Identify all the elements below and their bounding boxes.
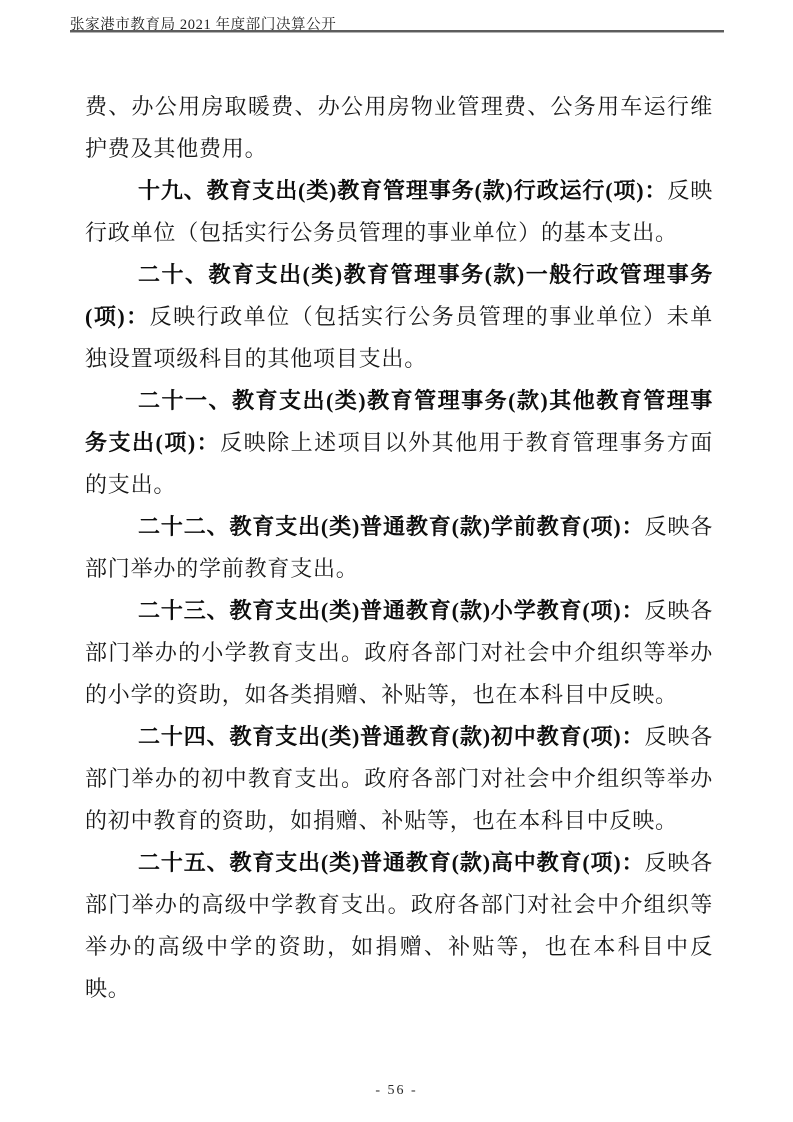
paragraph-lead: 十九、教育支出(类)教育管理事务(款)行政运行(项)： — [138, 178, 667, 203]
paragraph-text: 费、办公用房取暖费、办公用房物业管理费、公务用车运行维护费及其他费用。 — [85, 94, 713, 161]
paragraph: 二十、教育支出(类)教育管理事务(款)一般行政管理事务(项)：反映行政单位（包括… — [85, 254, 713, 380]
paragraph: 二十四、教育支出(类)普通教育(款)初中教育(项)：反映各部门举办的初中教育支出… — [85, 716, 713, 842]
paragraph-lead: 二十五、教育支出(类)普通教育(款)高中教育(项)： — [138, 850, 644, 875]
paragraph: 二十二、教育支出(类)普通教育(款)学前教育(项)：反映各部门举办的学前教育支出… — [85, 506, 713, 590]
page-number: - 56 - — [0, 1083, 793, 1099]
paragraph: 二十一、教育支出(类)教育管理事务(款)其他教育管理事务支出(项)：反映除上述项… — [85, 380, 713, 506]
paragraph-lead: 二十四、教育支出(类)普通教育(款)初中教育(项)： — [138, 724, 644, 749]
header-rule — [70, 30, 724, 32]
document-body: 费、办公用房取暖费、办公用房物业管理费、公务用车运行维护费及其他费用。 十九、教… — [85, 86, 713, 1010]
paragraph-lead: 二十二、教育支出(类)普通教育(款)学前教育(项)： — [138, 514, 644, 539]
paragraph: 二十五、教育支出(类)普通教育(款)高中教育(项)：反映各部门举办的高级中学教育… — [85, 842, 713, 1010]
paragraph: 二十三、教育支出(类)普通教育(款)小学教育(项)：反映各部门举办的小学教育支出… — [85, 590, 713, 716]
paragraph-lead: 二十三、教育支出(类)普通教育(款)小学教育(项)： — [138, 598, 644, 623]
paragraph: 十九、教育支出(类)教育管理事务(款)行政运行(项)：反映行政单位（包括实行公务… — [85, 170, 713, 254]
paragraph: 费、办公用房取暖费、办公用房物业管理费、公务用车运行维护费及其他费用。 — [85, 86, 713, 170]
document-page: 张家港市教育局 2021 年度部门决算公开 费、办公用房取暖费、办公用房物业管理… — [0, 0, 793, 1122]
paragraph-text: 反映行政单位（包括实行公务员管理的事业单位）未单独设置项级科目的其他项目支出。 — [85, 304, 713, 371]
